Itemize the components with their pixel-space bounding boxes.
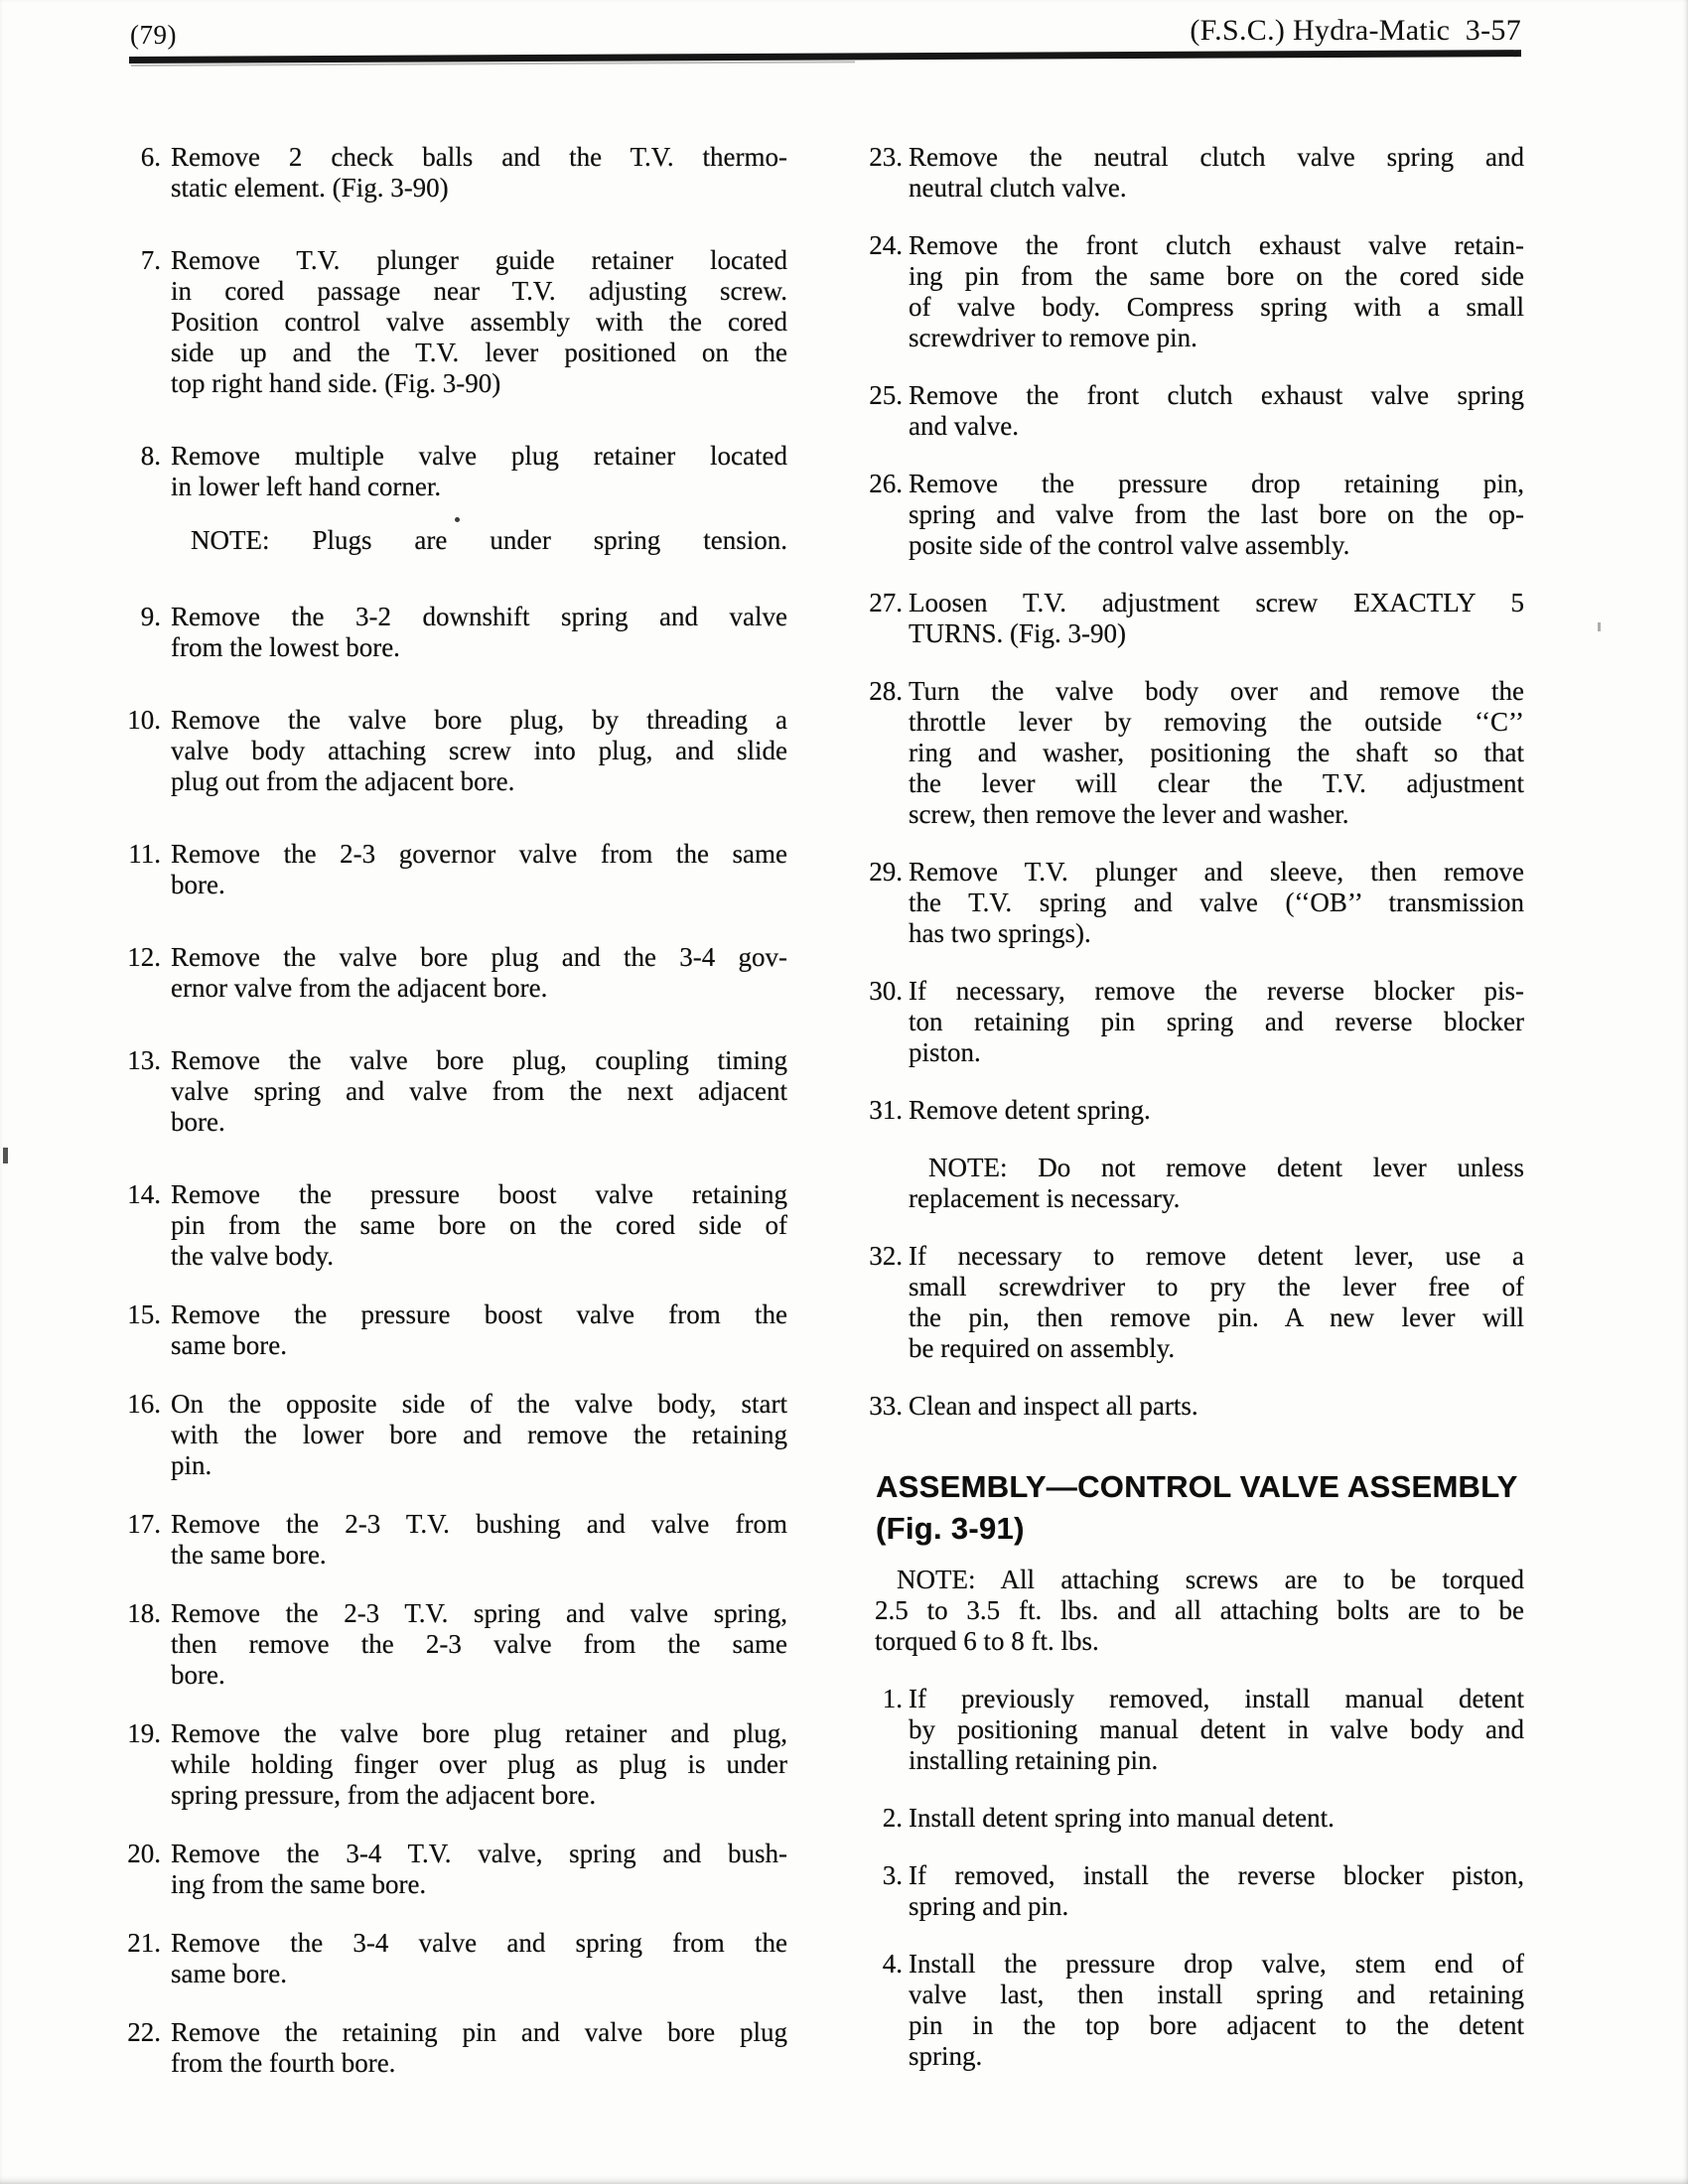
text-line: pin from the same bore on the cored side…	[171, 1210, 787, 1241]
text-line: Remove the 3-4 valve and spring from the	[171, 1928, 787, 1959]
paragraph-lines: Remove the 2-3 T.V. spring and valve spr…	[171, 1598, 787, 1691]
procedure-step: 11.Remove the 2-3 governor valve from th…	[129, 839, 787, 900]
text-line: spring pressure, from the adjacent bore.	[171, 1780, 787, 1811]
procedure-step: 15.Remove the pressure boost valve from …	[129, 1299, 787, 1361]
paragraph-lines: If necessary to remove detent lever, use…	[909, 1241, 1524, 1364]
text-line: from the lowest bore.	[171, 632, 787, 663]
step-number: 21.	[125, 1928, 161, 1959]
procedure-step: 31.Remove detent spring.	[859, 1095, 1524, 1126]
step-number: 1.	[859, 1684, 903, 1714]
right-column: 23.Remove the neutral clutch valve sprin…	[859, 142, 1524, 2099]
step-number: 14.	[125, 1179, 161, 1210]
text-line: Remove the valve bore plug, coupling tim…	[171, 1045, 787, 1076]
text-line: If previously removed, install manual de…	[909, 1684, 1524, 1714]
procedure-step: 33.Clean and inspect all parts.	[859, 1391, 1524, 1422]
paragraph-lines: Remove the pressure boost valve from the…	[171, 1299, 787, 1361]
paragraph-lines: Remove the 3-2 downshift spring and valv…	[171, 602, 787, 663]
step-number: 28.	[859, 676, 903, 707]
text-line: NOTE: All attaching screws are to be tor…	[875, 1565, 1524, 1595]
paragraph-lines: Remove T.V. plunger guide retainer locat…	[171, 245, 787, 399]
text-line: Remove the front clutch exhaust valve sp…	[909, 380, 1524, 411]
paragraph-lines: Remove the 3-4 valve and spring from the…	[171, 1928, 787, 1989]
step-number: 6.	[125, 142, 161, 173]
text-line: valve spring and valve from the next adj…	[171, 1076, 787, 1107]
procedure-step: 12.Remove the valve bore plug and the 3-…	[129, 942, 787, 1004]
text-line: ernor valve from the adjacent bore.	[171, 973, 787, 1004]
procedure-step: 19.Remove the valve bore plug retainer a…	[129, 1718, 787, 1811]
text-line: screwdriver to remove pin.	[909, 323, 1524, 353]
scan-speck	[3, 1148, 8, 1163]
paragraph-lines: Install detent spring into manual detent…	[909, 1803, 1524, 1834]
section-heading: ASSEMBLY—CONTROL VALVE ASSEMBLY(Fig. 3-9…	[876, 1466, 1524, 1550]
text-line: in lower left hand corner.	[171, 472, 787, 502]
procedure-step: 7.Remove T.V. plunger guide retainer loc…	[129, 245, 787, 399]
paragraph-lines: NOTE: Do not remove detent lever unlessr…	[909, 1153, 1524, 1214]
paragraph-lines: Remove 2 check balls and the T.V. thermo…	[171, 142, 787, 204]
text-line: bore.	[171, 870, 787, 900]
paragraph-lines: Remove the neutral clutch valve spring a…	[909, 142, 1524, 204]
procedure-step: 2.Install detent spring into manual dete…	[859, 1803, 1524, 1834]
text-line: bore.	[171, 1660, 787, 1691]
running-header-title: (F.S.C.) Hydra-Matic 3-57	[1190, 14, 1521, 48]
procedure-step: 8.Remove multiple valve plug retainer lo…	[129, 441, 787, 502]
text-line: the T.V. spring and valve (‘‘OB’’ transm…	[909, 887, 1524, 918]
scan-speck	[1598, 622, 1601, 631]
text-line: NOTE: Plugs are under spring tension.	[171, 525, 787, 556]
procedure-step: 1.If previously removed, install manual …	[859, 1684, 1524, 1776]
text-line: static element. (Fig. 3-90)	[171, 173, 787, 204]
text-line: ing pin from the same bore on the cored …	[909, 261, 1524, 292]
text-line: torqued 6 to 8 ft. lbs.	[875, 1626, 1524, 1657]
paragraph-lines: Remove the front clutch exhaust valve sp…	[909, 380, 1524, 442]
paragraph-lines: Remove the pressure boost valve retainin…	[171, 1179, 787, 1272]
procedure-step: 10.Remove the valve bore plug, by thread…	[129, 705, 787, 797]
text-line: Remove detent spring.	[909, 1095, 1524, 1126]
text-line: plug out from the adjacent bore.	[171, 766, 787, 797]
text-line: Remove 2 check balls and the T.V. thermo…	[171, 142, 787, 173]
text-line: Remove the neutral clutch valve spring a…	[909, 142, 1524, 173]
text-line: top right hand side. (Fig. 3-90)	[171, 368, 787, 399]
paragraph-lines: ASSEMBLY—CONTROL VALVE ASSEMBLY(Fig. 3-9…	[876, 1466, 1524, 1550]
text-line: If necessary, remove the reverse blocker…	[909, 976, 1524, 1007]
text-line: Loosen T.V. adjustment screw EXACTLY 5	[909, 588, 1524, 618]
procedure-step: 6.Remove 2 check balls and the T.V. ther…	[129, 142, 787, 204]
procedure-step: 27.Loosen T.V. adjustment screw EXACTLY …	[859, 588, 1524, 649]
procedure-step: 26.Remove the pressure drop retaining pi…	[859, 469, 1524, 561]
text-line: Remove the valve bore plug retainer and …	[171, 1718, 787, 1749]
text-line: while holding finger over plug as plug i…	[171, 1749, 787, 1780]
text-line: 2.5 to 3.5 ft. lbs. and all attaching bo…	[875, 1595, 1524, 1626]
paragraph-lines: Remove the valve bore plug and the 3-4 g…	[171, 942, 787, 1004]
procedure-step: 16.On the opposite side of the valve bod…	[129, 1389, 787, 1481]
paragraph-lines: Remove the 2-3 governor valve from the s…	[171, 839, 787, 900]
note-paragraph: NOTE: All attaching screws are to be tor…	[859, 1565, 1524, 1657]
step-number: 7.	[125, 245, 161, 276]
text-line: ing from the same bore.	[171, 1869, 787, 1900]
step-number: 9.	[125, 602, 161, 632]
text-line: by positioning manual detent in valve bo…	[909, 1714, 1524, 1745]
procedure-step: 14.Remove the pressure boost valve retai…	[129, 1179, 787, 1272]
procedure-step: 21.Remove the 3-4 valve and spring from …	[129, 1928, 787, 1989]
text-line: replacement is necessary.	[909, 1183, 1524, 1214]
text-line: Remove T.V. plunger guide retainer locat…	[171, 245, 787, 276]
paragraph-lines: Remove the 3-4 T.V. valve, spring and bu…	[171, 1839, 787, 1900]
left-column: 6.Remove 2 check balls and the T.V. ther…	[129, 142, 787, 2107]
text-line: (Fig. 3-91)	[876, 1508, 1524, 1550]
procedure-step: 22.Remove the retaining pin and valve bo…	[129, 2017, 787, 2079]
paragraph-lines: Remove the retaining pin and valve bore …	[171, 2017, 787, 2079]
text-line: pin in the top bore adjacent to the dete…	[909, 2010, 1524, 2041]
paragraph-lines: Remove the valve bore plug retainer and …	[171, 1718, 787, 1811]
procedure-step: 13.Remove the valve bore plug, coupling …	[129, 1045, 787, 1138]
step-number: 2.	[859, 1803, 903, 1834]
note-paragraph: NOTE: Plugs are under spring tension.	[129, 525, 787, 556]
text-line: same bore.	[171, 1959, 787, 1989]
text-line: Remove the front clutch exhaust valve re…	[909, 230, 1524, 261]
paragraph-lines: If previously removed, install manual de…	[909, 1684, 1524, 1776]
text-line: If necessary to remove detent lever, use…	[909, 1241, 1524, 1272]
procedure-step: 25.Remove the front clutch exhaust valve…	[859, 380, 1524, 442]
procedure-step: 20.Remove the 3-4 T.V. valve, spring and…	[129, 1839, 787, 1900]
text-line: Remove the 2-3 governor valve from the s…	[171, 839, 787, 870]
text-line: Remove the pressure drop retaining pin,	[909, 469, 1524, 499]
text-line: On the opposite side of the valve body, …	[171, 1389, 787, 1420]
step-number: 8.	[125, 441, 161, 472]
header-rule	[129, 50, 1521, 64]
text-line: Remove the pressure boost valve retainin…	[171, 1179, 787, 1210]
step-number: 16.	[125, 1389, 161, 1420]
step-number: 11.	[125, 839, 161, 870]
step-number: 31.	[859, 1095, 903, 1126]
paragraph-lines: NOTE: All attaching screws are to be tor…	[875, 1565, 1524, 1657]
step-number: 10.	[125, 705, 161, 736]
manual-page: (79) (F.S.C.) Hydra-Matic 3-57 6.Remove …	[0, 0, 1688, 2184]
procedure-step: 23.Remove the neutral clutch valve sprin…	[859, 142, 1524, 204]
text-line: and valve.	[909, 411, 1524, 442]
step-number: 25.	[859, 380, 903, 411]
step-number: 4.	[859, 1949, 903, 1979]
paragraph-lines: On the opposite side of the valve body, …	[171, 1389, 787, 1481]
paragraph-lines: Remove the pressure drop retaining pin,s…	[909, 469, 1524, 561]
text-line: the lever will clear the T.V. adjustment	[909, 768, 1524, 799]
step-number: 12.	[125, 942, 161, 973]
text-line: Install the pressure drop valve, stem en…	[909, 1949, 1524, 1979]
paragraph-lines: Remove detent spring.	[909, 1095, 1524, 1126]
paragraph-lines: Remove the valve bore plug, coupling tim…	[171, 1045, 787, 1138]
text-line: Remove the retaining pin and valve bore …	[171, 2017, 787, 2048]
text-line: TURNS. (Fig. 3-90)	[909, 618, 1524, 649]
text-line: installing retaining pin.	[909, 1745, 1524, 1776]
text-line: has two springs).	[909, 918, 1524, 949]
text-line: spring.	[909, 2041, 1524, 2072]
procedure-step: 17.Remove the 2-3 T.V. bushing and valve…	[129, 1509, 787, 1570]
paragraph-lines: Turn the valve body over and remove thet…	[909, 676, 1524, 830]
paragraph-lines: Remove T.V. plunger and sleeve, then rem…	[909, 857, 1524, 949]
text-line: neutral clutch valve.	[909, 173, 1524, 204]
text-line: the valve body.	[171, 1241, 787, 1272]
text-line: If removed, install the reverse blocker …	[909, 1860, 1524, 1891]
text-line: throttle lever by removing the outside ‘…	[909, 707, 1524, 738]
procedure-step: 18.Remove the 2-3 T.V. spring and valve …	[129, 1598, 787, 1691]
procedure-step: 24.Remove the front clutch exhaust valve…	[859, 230, 1524, 353]
text-line: Remove the 3-4 T.V. valve, spring and bu…	[171, 1839, 787, 1869]
text-line: Remove multiple valve plug retainer loca…	[171, 441, 787, 472]
text-line: same bore.	[171, 1330, 787, 1361]
step-number: 3.	[859, 1860, 903, 1891]
paragraph-lines: Loosen T.V. adjustment screw EXACTLY 5TU…	[909, 588, 1524, 649]
text-line: ring and washer, positioning the shaft s…	[909, 738, 1524, 768]
paragraph-lines: Remove multiple valve plug retainer loca…	[171, 441, 787, 502]
paragraph-lines: Clean and inspect all parts.	[909, 1391, 1524, 1422]
step-number: 15.	[125, 1299, 161, 1330]
text-line: of valve body. Compress spring with a sm…	[909, 292, 1524, 323]
step-number: 26.	[859, 469, 903, 499]
procedure-step: 28.Turn the valve body over and remove t…	[859, 676, 1524, 830]
text-line: valve body attaching screw into plug, an…	[171, 736, 787, 766]
step-number: 30.	[859, 976, 903, 1007]
text-line: bore.	[171, 1107, 787, 1138]
procedure-step: 30.If necessary, remove the reverse bloc…	[859, 976, 1524, 1068]
text-line: spring and pin.	[909, 1891, 1524, 1922]
text-line: side up and the T.V. lever positioned on…	[171, 338, 787, 368]
step-number: 20.	[125, 1839, 161, 1869]
text-line: the same bore.	[171, 1540, 787, 1570]
text-line: the pin, then remove pin. A new lever wi…	[909, 1302, 1524, 1333]
paragraph-lines: If necessary, remove the reverse blocker…	[909, 976, 1524, 1068]
step-number: 23.	[859, 142, 903, 173]
scan-speck	[455, 517, 460, 522]
step-number: 18.	[125, 1598, 161, 1629]
text-line: ASSEMBLY—CONTROL VALVE ASSEMBLY	[876, 1466, 1524, 1508]
step-number: 19.	[125, 1718, 161, 1749]
procedure-step: 32.If necessary to remove detent lever, …	[859, 1241, 1524, 1364]
paragraph-lines: Install the pressure drop valve, stem en…	[909, 1949, 1524, 2072]
text-line: be required on assembly.	[909, 1333, 1524, 1364]
step-number: 24.	[859, 230, 903, 261]
text-line: piston.	[909, 1037, 1524, 1068]
step-number: 29.	[859, 857, 903, 887]
text-line: Install detent spring into manual detent…	[909, 1803, 1524, 1834]
step-number: 33.	[859, 1391, 903, 1422]
paragraph-lines: Remove the 2-3 T.V. bushing and valve fr…	[171, 1509, 787, 1570]
note-paragraph: NOTE: Do not remove detent lever unlessr…	[859, 1153, 1524, 1214]
text-line: Remove the valve bore plug, by threading…	[171, 705, 787, 736]
paragraph-lines: Remove the front clutch exhaust valve re…	[909, 230, 1524, 353]
text-line: with the lower bore and remove the retai…	[171, 1420, 787, 1450]
text-line: small screwdriver to pry the lever free …	[909, 1272, 1524, 1302]
paragraph-lines: NOTE: Plugs are under spring tension.	[171, 525, 787, 556]
text-line: Remove the 2-3 T.V. spring and valve spr…	[171, 1598, 787, 1629]
text-line: Remove the 3-2 downshift spring and valv…	[171, 602, 787, 632]
text-line: pin.	[171, 1450, 787, 1481]
text-line: valve last, then install spring and reta…	[909, 1979, 1524, 2010]
step-number: 32.	[859, 1241, 903, 1272]
text-line: Remove the pressure boost valve from the	[171, 1299, 787, 1330]
text-line: Turn the valve body over and remove the	[909, 676, 1524, 707]
text-line: Remove the valve bore plug and the 3-4 g…	[171, 942, 787, 973]
text-line: posite side of the control valve assembl…	[909, 530, 1524, 561]
page-number-ref: (79)	[130, 20, 177, 51]
text-line: ton retaining pin spring and reverse blo…	[909, 1007, 1524, 1037]
text-line: Position control valve assembly with the…	[171, 307, 787, 338]
procedure-step: 4.Install the pressure drop valve, stem …	[859, 1949, 1524, 2072]
text-line: then remove the 2-3 valve from the same	[171, 1629, 787, 1660]
text-line: NOTE: Do not remove detent lever unless	[909, 1153, 1524, 1183]
paragraph-lines: If removed, install the reverse blocker …	[909, 1860, 1524, 1922]
step-number: 22.	[125, 2017, 161, 2048]
text-line: in cored passage near T.V. adjusting scr…	[171, 276, 787, 307]
text-line: Remove the 2-3 T.V. bushing and valve fr…	[171, 1509, 787, 1540]
step-number: 13.	[125, 1045, 161, 1076]
step-number: 17.	[125, 1509, 161, 1540]
text-line: Remove T.V. plunger and sleeve, then rem…	[909, 857, 1524, 887]
text-line: from the fourth bore.	[171, 2048, 787, 2079]
text-line: spring and valve from the last bore on t…	[909, 499, 1524, 530]
text-line: screw, then remove the lever and washer.	[909, 799, 1524, 830]
procedure-step: 29.Remove T.V. plunger and sleeve, then …	[859, 857, 1524, 949]
step-number: 27.	[859, 588, 903, 618]
procedure-step: 3.If removed, install the reverse blocke…	[859, 1860, 1524, 1922]
paragraph-lines: Remove the valve bore plug, by threading…	[171, 705, 787, 797]
procedure-step: 9.Remove the 3-2 downshift spring and va…	[129, 602, 787, 663]
text-line: Clean and inspect all parts.	[909, 1391, 1524, 1422]
